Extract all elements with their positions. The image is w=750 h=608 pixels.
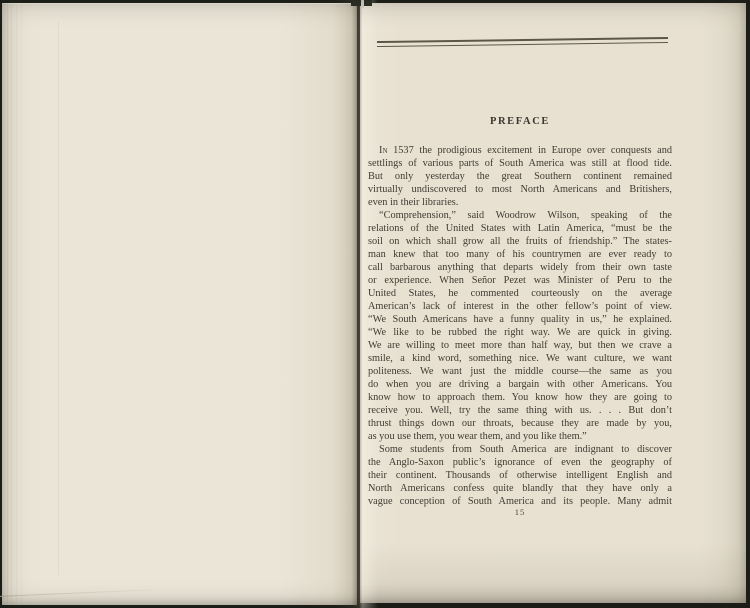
text-line: virtually undiscovered to most North Ame…: [368, 183, 672, 196]
preface-body-text: In 1537 the prodigious excitement in Eur…: [368, 144, 672, 508]
text-line: We are willing to meet more than half wa…: [368, 339, 672, 352]
text-line: smile, a kind word, something nice. We w…: [368, 352, 672, 365]
binding-glint: [361, 0, 364, 8]
page-edge-line: [11, 4, 12, 605]
page-corner-crease: [0, 588, 173, 597]
text-line: the Anglo-Saxon public’s ignorance of ev…: [368, 456, 672, 469]
text-line: “Comprehension,” said Woodrow Wilson, sp…: [368, 209, 672, 222]
page-crease: [58, 22, 59, 575]
text-line: “We like to be rubbed the right way. We …: [368, 326, 672, 339]
text-line: man knew that too many of his countrymen…: [368, 248, 672, 261]
text-line: settlings of various parts of South Amer…: [368, 157, 672, 170]
text-line: do when you are driving a bargain with o…: [368, 378, 672, 391]
text-line: But only yesterday the great Southern co…: [368, 170, 672, 183]
left-page-blank: [2, 3, 357, 605]
text-line: know how to approach them. You know how …: [368, 391, 672, 404]
text-line: or experience. When Señor Pezet was Mini…: [368, 274, 672, 287]
page-title: PREFACE: [368, 116, 672, 127]
text-line: American’s lack of interest in the other…: [368, 300, 672, 313]
text-line: receive you. Well, try the same thing wi…: [368, 404, 672, 417]
text-line: thrust things down our throats, because …: [368, 417, 672, 430]
page-edge-line: [21, 4, 22, 605]
text-line: even in their libraries.: [368, 196, 672, 209]
text-line: politeness. We want just the middle cour…: [368, 365, 672, 378]
text-line: United States, he commented courteously …: [368, 287, 672, 300]
text-line: call barbarous anything that departs wid…: [368, 261, 672, 274]
page-edge-line: [7, 4, 8, 605]
book-photo: PREFACE In 1537 the prodigious excitemen…: [0, 0, 750, 608]
text-line: Some students from South America are ind…: [368, 443, 672, 456]
text-line: North Americans confess quite blandly th…: [368, 482, 672, 495]
text-line: soil on which shall grow all the fruits …: [368, 235, 672, 248]
text-line: relations of the United States with Lati…: [368, 222, 672, 235]
page-number: 15: [368, 507, 672, 517]
page-edge-line: [16, 4, 17, 605]
text-line: In 1537 the prodigious excitement in Eur…: [368, 144, 672, 157]
text-line: their continent. Thousands of otherwise …: [368, 469, 672, 482]
text-line: as you use them, you wear them, and you …: [368, 430, 672, 443]
text-line: “We South Americans have a funny quality…: [368, 313, 672, 326]
